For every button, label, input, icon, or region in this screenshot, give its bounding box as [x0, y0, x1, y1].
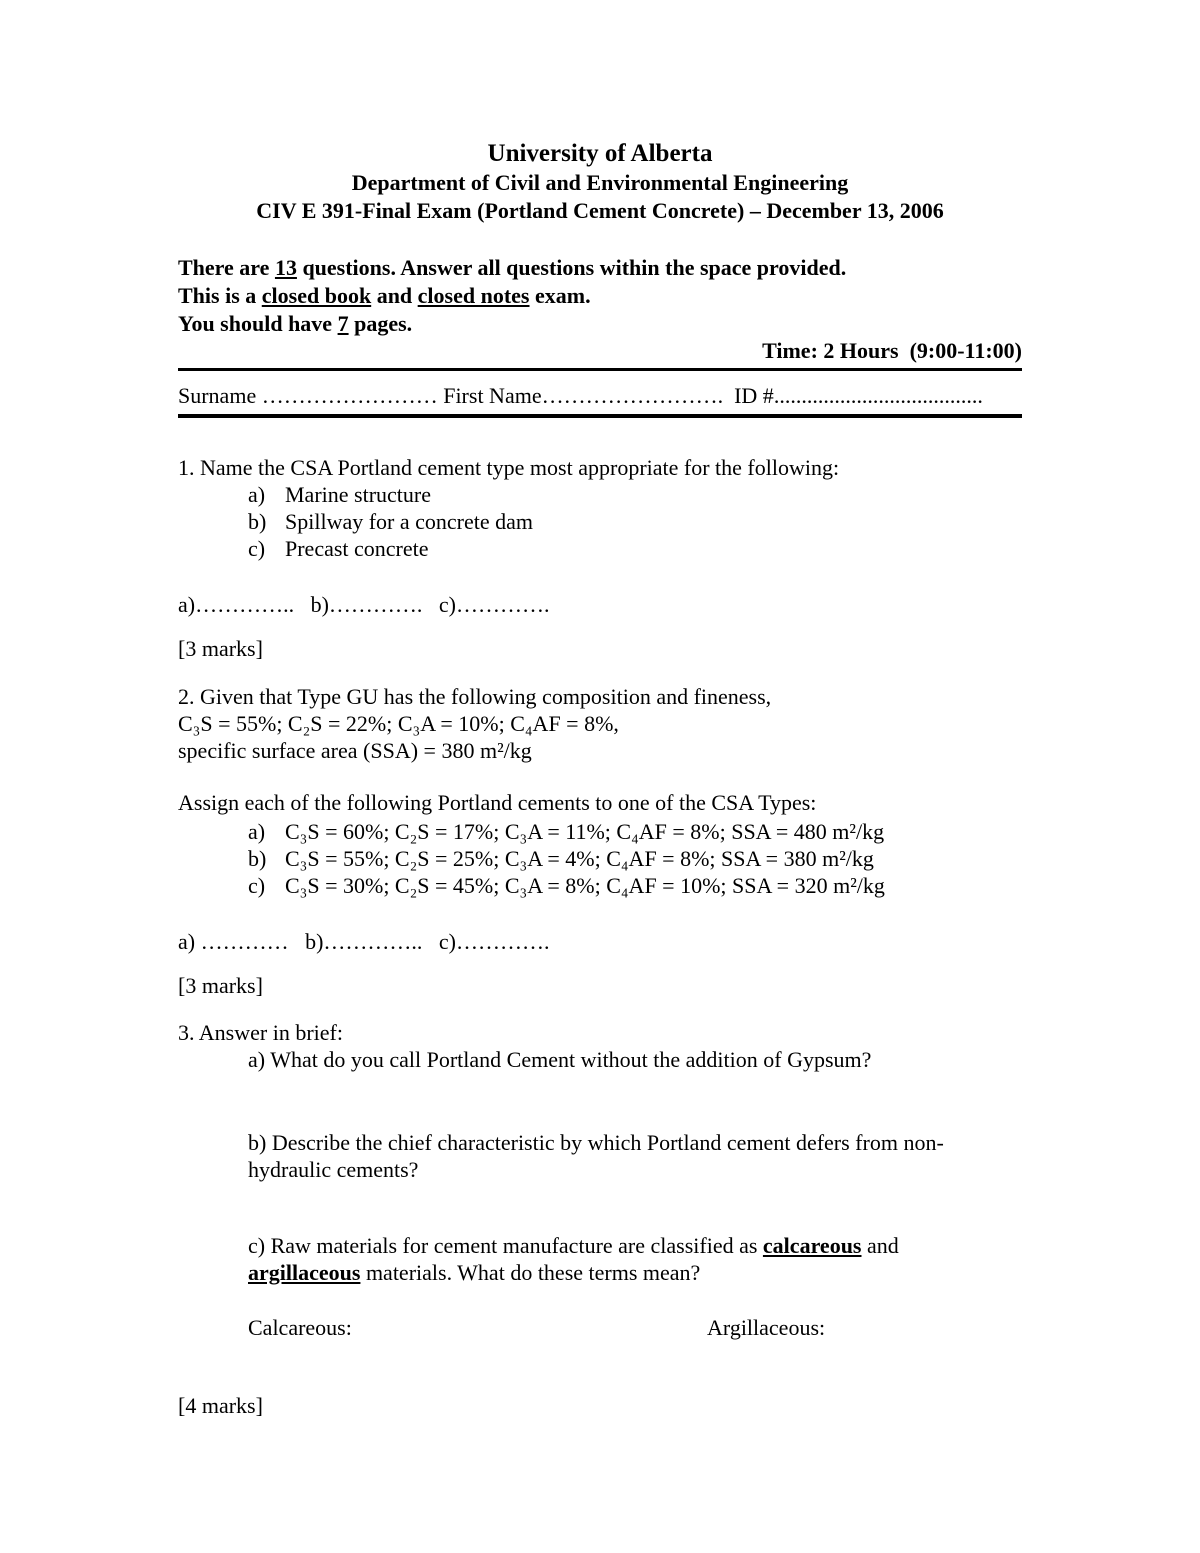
- question-1-option-b: b)Spillway for a concrete dam: [248, 508, 1022, 535]
- surname-label: Surname: [178, 383, 262, 408]
- definition-labels-row: Calcareous:Argillaceous:: [178, 1314, 1022, 1341]
- question-2-answer-blanks: a) ………… b)………….. c)………….: [178, 928, 1022, 955]
- department-line: Department of Civil and Environmental En…: [178, 169, 1022, 197]
- part-c-post: materials. What do these terms mean?: [360, 1260, 700, 1285]
- question-2-intro-line-1: 2. Given that Type GU has the following …: [178, 683, 1022, 710]
- instructions-block: There are 13 questions. Answer all quest…: [178, 254, 1022, 338]
- part-c-mid: and: [862, 1233, 899, 1258]
- page-count-value: 7: [338, 311, 349, 336]
- option-text: Marine structure: [285, 482, 431, 507]
- identity-row: Surname …………………… First Name……………………. ID …: [178, 384, 1022, 408]
- exam-title-line: CIV E 391-Final Exam (Portland Cement Co…: [178, 197, 1022, 225]
- closed-book-term: closed book: [262, 283, 371, 308]
- option-text: Spillway for a concrete dam: [285, 509, 533, 534]
- question-2-assign-prompt: Assign each of the following Portland ce…: [178, 789, 1022, 816]
- closed-book-post: exam.: [530, 283, 591, 308]
- first-name-label: First Name: [438, 383, 542, 408]
- question-3-part-c: c) Raw materials for cement manufacture …: [248, 1232, 1022, 1286]
- question-1-option-c: c)Precast concrete: [248, 535, 1022, 562]
- option-label: b): [248, 508, 285, 535]
- instruction-question-count-post: questions. Answer all questions within t…: [297, 255, 846, 280]
- option-label: c): [248, 535, 285, 562]
- question-2-option-b: b)C₃S = 55%; C₂S = 25%; C₃A = 4%; C₄AF =…: [248, 845, 1022, 872]
- question-1-marks: [3 marks]: [178, 635, 1022, 662]
- option-text: C₃S = 30%; C₂S = 45%; C₃A = 8%; C₄AF = 1…: [285, 873, 885, 898]
- argillaceous-term: argillaceous: [248, 1260, 360, 1285]
- university-title: University of Alberta: [178, 138, 1022, 169]
- question-2-option-c: c)C₃S = 30%; C₂S = 45%; C₃A = 8%; C₄AF =…: [248, 872, 1022, 899]
- first-name-blank: …………………….: [542, 383, 724, 408]
- question-2-options: a)C₃S = 60%; C₂S = 17%; C₃A = 11%; C₄AF …: [178, 818, 1022, 899]
- instruction-question-count: There are 13 questions. Answer all quest…: [178, 254, 1022, 282]
- question-1: 1. Name the CSA Portland cement type mos…: [178, 454, 1022, 662]
- instruction-question-count-pre: There are: [178, 255, 275, 280]
- question-2: 2. Given that Type GU has the following …: [178, 683, 1022, 999]
- question-2-composition: C₃S = 55%; C₂S = 22%; C₃A = 10%; C₄AF = …: [178, 710, 1022, 737]
- calcareous-definition-label: Calcareous:: [248, 1314, 707, 1341]
- closed-book-mid: and: [371, 283, 417, 308]
- time-allowed: Time: 2 Hours (9:00-11:00): [178, 338, 1022, 364]
- question-1-answer-blanks: a)………….. b)…………. c)………….: [178, 591, 1022, 618]
- calcareous-term: calcareous: [763, 1233, 862, 1258]
- question-1-prompt: 1. Name the CSA Portland cement type mos…: [178, 454, 1022, 481]
- closed-notes-term: closed notes: [418, 283, 530, 308]
- instruction-page-count: You should have 7 pages.: [178, 310, 1022, 338]
- argillaceous-definition-label: Argillaceous:: [707, 1315, 825, 1340]
- question-3: 3. Answer in brief: a) What do you call …: [178, 1019, 1022, 1419]
- part-b-line-1: b) Describe the chief characteristic by …: [248, 1130, 944, 1155]
- part-b-line-2: hydraulic cements?: [248, 1157, 418, 1182]
- question-3-marks: [4 marks]: [178, 1392, 1022, 1419]
- option-text: C₃S = 60%; C₂S = 17%; C₃A = 11%; C₄AF = …: [285, 819, 884, 844]
- option-text: Precast concrete: [285, 536, 429, 561]
- divider-header-rule: [178, 414, 1022, 418]
- closed-book-pre: This is a: [178, 283, 262, 308]
- page-count-post: pages.: [349, 311, 413, 336]
- question-2-fineness: specific surface area (SSA) = 380 m²/kg: [178, 737, 1022, 764]
- surname-blank: ……………………: [262, 383, 438, 408]
- question-3-part-b: b) Describe the chief characteristic by …: [248, 1129, 1022, 1183]
- option-label: b): [248, 845, 285, 872]
- option-label: a): [248, 481, 285, 508]
- part-c-pre: c) Raw materials for cement manufacture …: [248, 1233, 763, 1258]
- instruction-closed-book: This is a closed book and closed notes e…: [178, 282, 1022, 310]
- question-3-part-a: a) What do you call Portland Cement with…: [248, 1046, 1022, 1073]
- option-label: a): [248, 818, 285, 845]
- question-2-marks: [3 marks]: [178, 972, 1022, 999]
- id-number-blank: ......................................: [774, 383, 983, 408]
- question-count-value: 13: [275, 255, 297, 280]
- question-2-option-a: a)C₃S = 60%; C₂S = 17%; C₃A = 11%; C₄AF …: [248, 818, 1022, 845]
- page-count-pre: You should have: [178, 311, 338, 336]
- exam-document-page: University of Alberta Department of Civi…: [0, 0, 1200, 1553]
- id-number-label: ID #: [723, 383, 774, 408]
- divider-top-rule: [178, 368, 1022, 371]
- question-3-prompt: 3. Answer in brief:: [178, 1019, 1022, 1046]
- option-label: c): [248, 872, 285, 899]
- question-1-option-a: a)Marine structure: [248, 481, 1022, 508]
- option-text: C₃S = 55%; C₂S = 25%; C₃A = 4%; C₄AF = 8…: [285, 846, 874, 871]
